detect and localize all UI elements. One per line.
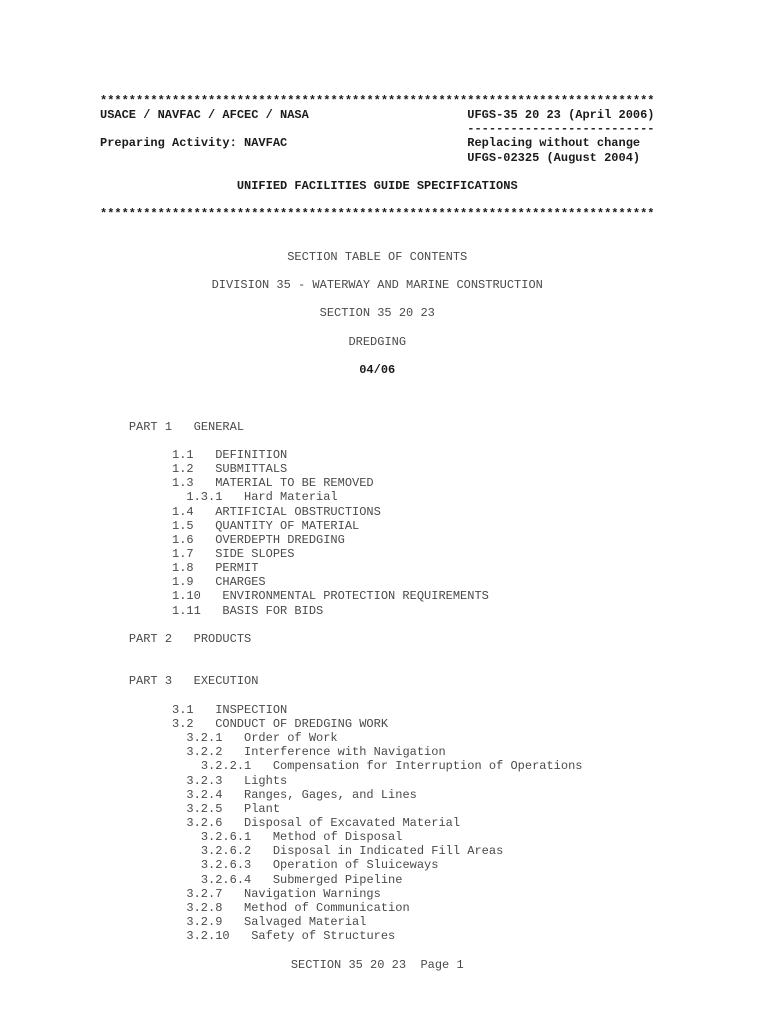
entry-title: Navigation Warnings — [244, 887, 381, 901]
entry-number: 1.9 — [172, 575, 194, 589]
entry-number: 1.11 — [172, 604, 201, 618]
entry-title: ENVIRONMENTAL PROTECTION REQUIREMENTS — [222, 589, 488, 603]
entry-title: SUBMITTALS — [215, 462, 287, 476]
entry-title: CHARGES — [215, 575, 265, 589]
entry-number: 3.2.6.4 — [201, 873, 251, 887]
replacing-note-line2: UFGS-02325 (August 2004) — [467, 151, 654, 165]
entry-title: Compensation for Interruption of Operati… — [273, 759, 583, 773]
part-2-heading: PART 2PRODUCTS — [100, 618, 654, 632]
spec-id-divider: -------------------------- — [467, 122, 654, 136]
entry-title: SIDE SLOPES — [215, 547, 294, 561]
entry-number: 1.3.1 — [186, 490, 222, 504]
replacing-note-line1: Replacing without change — [467, 136, 654, 150]
entry-number: 3.1 — [172, 703, 194, 717]
spec-id: UFGS-35 20 23 (April 2006) — [467, 108, 654, 122]
preparing-activity: Preparing Activity: NAVFAC — [100, 136, 287, 150]
entry-title: Safety of Structures — [251, 929, 395, 943]
entry-number: 3.2 — [172, 717, 194, 731]
entry-number: 3.2.3 — [186, 774, 222, 788]
entry-title: Hard Material — [244, 490, 338, 504]
entry-number: 1.4 — [172, 505, 194, 519]
entry-number: 3.2.6 — [186, 816, 222, 830]
part-number: PART 2 — [129, 632, 172, 646]
entry-number: 3.2.1 — [186, 731, 222, 745]
part-3-heading: PART 3EXECUTION — [100, 660, 654, 674]
entry-number: 3.2.9 — [186, 915, 222, 929]
part-title: EXECUTION — [194, 674, 259, 688]
entry-number: 3.2.10 — [186, 929, 229, 943]
entry-title: Method of Disposal — [273, 830, 403, 844]
entry-number: 3.2.6.3 — [201, 858, 251, 872]
part-number: PART 1 — [129, 420, 172, 434]
part-title: GENERAL — [194, 420, 244, 434]
entry-title: Submerged Pipeline — [273, 873, 403, 887]
section-date: 04/06 — [100, 363, 654, 377]
part-1-entries: 1.1DEFINITION 1.2SUBMITTALS 1.3MATERIAL … — [100, 434, 654, 604]
section-number: SECTION 35 20 23 — [100, 306, 654, 320]
entry-title: Disposal of Excavated Material — [244, 816, 460, 830]
part-3-entries: 3.1INSPECTION 3.2CONDUCT OF DREDGING WOR… — [100, 689, 654, 930]
entry-number: 3.2.4 — [186, 788, 222, 802]
entry-title: OVERDEPTH DREDGING — [215, 533, 345, 547]
entry-number: 1.2 — [172, 462, 194, 476]
entry-number: 1.1 — [172, 448, 194, 462]
page-footer: SECTION 35 20 23 Page 1 — [100, 958, 654, 972]
toc-title: SECTION TABLE OF CONTENTS — [100, 250, 654, 264]
entry-title: DEFINITION — [215, 448, 287, 462]
part-title: PRODUCTS — [194, 632, 252, 646]
section-name: DREDGING — [100, 335, 654, 349]
entry-number: 3.2.7 — [186, 887, 222, 901]
toc-entry: 3.1INSPECTION — [100, 689, 654, 703]
agencies-line: USACE / NAVFAC / AFCEC / NASA — [100, 108, 309, 122]
entry-number: 3.2.5 — [186, 802, 222, 816]
entry-title: BASIS FOR BIDS — [222, 604, 323, 618]
entry-title: INSPECTION — [215, 703, 287, 717]
part-number: PART 3 — [129, 674, 172, 688]
entry-title: Ranges, Gages, and Lines — [244, 788, 417, 802]
doc-title: UNIFIED FACILITIES GUIDE SPECIFICATIONS — [100, 179, 654, 193]
entry-number: 3.2.2.1 — [201, 759, 251, 773]
entry-number: 1.7 — [172, 547, 194, 561]
document-page: ****************************************… — [100, 94, 654, 972]
part-1-heading: PART 1GENERAL — [100, 405, 654, 419]
entry-number: 3.2.2 — [186, 745, 222, 759]
entry-number: 1.8 — [172, 561, 194, 575]
asterisk-divider-top: ****************************************… — [100, 94, 654, 108]
entry-title: Method of Communication — [244, 901, 410, 915]
entry-title: ARTIFICIAL OBSTRUCTIONS — [215, 505, 381, 519]
entry-title: CONDUCT OF DREDGING WORK — [215, 717, 388, 731]
entry-title: Order of Work — [244, 731, 338, 745]
entry-title: Interference with Navigation — [244, 745, 446, 759]
entry-title: PERMIT — [215, 561, 258, 575]
entry-number: 1.5 — [172, 519, 194, 533]
entry-title: Lights — [244, 774, 287, 788]
entry-number: 3.2.8 — [186, 901, 222, 915]
entry-number: 1.3 — [172, 476, 194, 490]
entry-title: Disposal in Indicated Fill Areas — [273, 844, 503, 858]
entry-title: MATERIAL TO BE REMOVED — [215, 476, 373, 490]
entry-title: Plant — [244, 802, 280, 816]
entry-title: Operation of Sluiceways — [273, 858, 439, 872]
entry-number: 1.10 — [172, 589, 201, 603]
entry-title: QUANTITY OF MATERIAL — [215, 519, 359, 533]
entry-number: 3.2.6.2 — [201, 844, 251, 858]
asterisk-divider-bottom: ****************************************… — [100, 207, 654, 221]
division-title: DIVISION 35 - WATERWAY AND MARINE CONSTR… — [100, 278, 654, 292]
entry-title: Salvaged Material — [244, 915, 366, 929]
toc-entry: 1.1DEFINITION — [100, 434, 654, 448]
entry-number: 3.2.6.1 — [201, 830, 251, 844]
entry-number: 1.6 — [172, 533, 194, 547]
